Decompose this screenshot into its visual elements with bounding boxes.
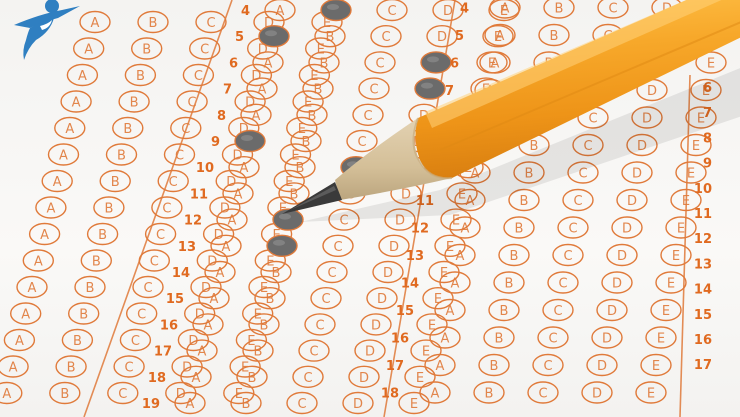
running-figure-logo [0, 0, 90, 70]
answer-sheet-photo: ABCDEABCDEABCDEABCDEABCDEABCDEABCDEABCDE… [0, 0, 740, 417]
pencil [0, 0, 740, 417]
